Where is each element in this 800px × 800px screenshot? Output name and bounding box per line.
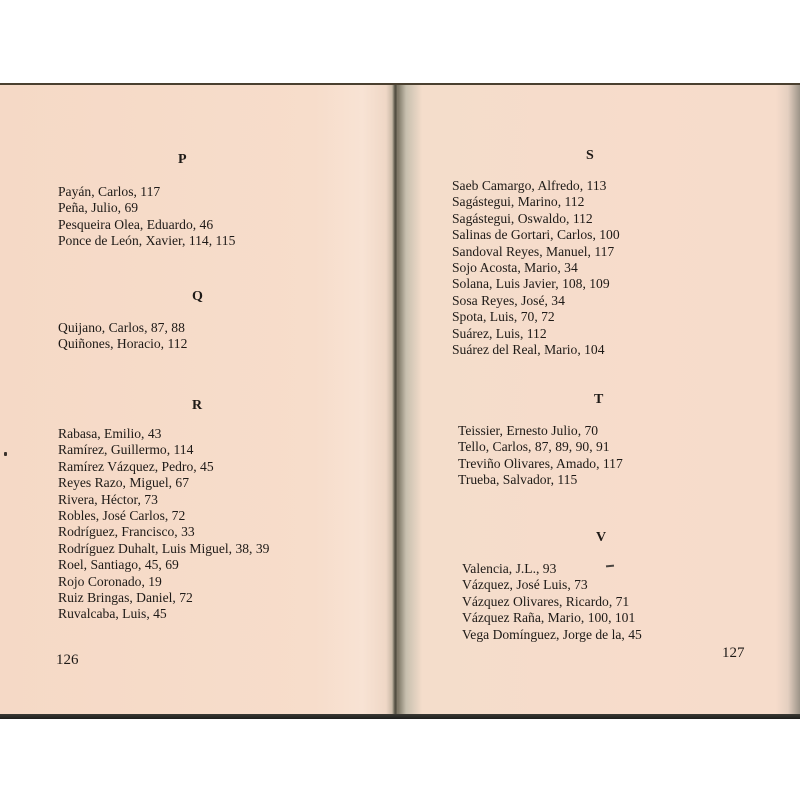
index-entry: Rojo Coronado, 19 — [58, 574, 269, 590]
section-p-entries: Payán, Carlos, 117 Peña, Julio, 69 Pesqu… — [58, 184, 235, 250]
right-page: S Saeb Camargo, Alfredo, 113 Sagástegui,… — [398, 85, 800, 715]
index-entry: Ramírez Vázquez, Pedro, 45 — [58, 459, 269, 475]
index-entry: Sandoval Reyes, Manuel, 117 — [452, 244, 620, 260]
index-entry: Ramírez, Guillermo, 114 — [58, 442, 269, 458]
index-entry: Solana, Luis Javier, 108, 109 — [452, 276, 620, 292]
index-entry: Vega Domínguez, Jorge de la, 45 — [462, 627, 642, 643]
index-entry: Sagástegui, Marino, 112 — [452, 194, 620, 210]
index-entry: Peña, Julio, 69 — [58, 200, 235, 216]
section-letter-q: Q — [192, 290, 203, 304]
index-entry: Ponce de León, Xavier, 114, 115 — [58, 233, 235, 249]
index-entry: Vázquez Raña, Mario, 100, 101 — [462, 610, 642, 626]
index-entry: Payán, Carlos, 117 — [58, 184, 235, 200]
index-entry: Quijano, Carlos, 87, 88 — [58, 320, 187, 336]
section-letter-t: T — [594, 393, 603, 407]
index-entry: Valencia, J.L., 93 — [462, 561, 642, 577]
index-entry: Tello, Carlos, 87, 89, 90, 91 — [458, 439, 623, 455]
section-s-entries: Saeb Camargo, Alfredo, 113 Sagástegui, M… — [452, 178, 620, 358]
section-r-entries: Rabasa, Emilio, 43 Ramírez, Guillermo, 1… — [58, 426, 269, 623]
index-entry: Suárez, Luis, 112 — [452, 326, 620, 342]
index-entry: Sagástegui, Oswaldo, 112 — [452, 211, 620, 227]
index-entry: Rodríguez, Francisco, 33 — [58, 524, 269, 540]
index-entry: Sojo Acosta, Mario, 34 — [452, 260, 620, 276]
section-t-entries: Teissier, Ernesto Julio, 70 Tello, Carlo… — [458, 423, 623, 489]
index-entry: Spota, Luis, 70, 72 — [452, 309, 620, 325]
page-number-left: 126 — [56, 653, 79, 668]
index-entry: Robles, José Carlos, 72 — [58, 508, 269, 524]
index-entry: Rodríguez Duhalt, Luis Miguel, 38, 39 — [58, 541, 269, 557]
page-number-right: 127 — [722, 646, 745, 661]
index-entry: Ruvalcaba, Luis, 45 — [58, 606, 269, 622]
index-entry: Ruiz Bringas, Daniel, 72 — [58, 590, 269, 606]
index-entry: Reyes Razo, Miguel, 67 — [58, 475, 269, 491]
index-entry: Rabasa, Emilio, 43 — [58, 426, 269, 442]
index-entry: Salinas de Gortari, Carlos, 100 — [452, 227, 620, 243]
index-entry: Roel, Santiago, 45, 69 — [58, 557, 269, 573]
section-letter-v: V — [596, 531, 606, 545]
section-v-entries: Valencia, J.L., 93 Vázquez, José Luis, 7… — [462, 561, 642, 643]
section-letter-r: R — [192, 399, 202, 413]
index-entry: Trueba, Salvador, 115 — [458, 472, 623, 488]
book-spread: P Payán, Carlos, 117 Peña, Julio, 69 Pes… — [0, 83, 800, 715]
section-letter-p: P — [178, 153, 187, 167]
section-letter-s: S — [586, 149, 594, 163]
index-entry: Vázquez, José Luis, 73 — [462, 577, 642, 593]
index-entry: Rivera, Héctor, 73 — [58, 492, 269, 508]
paper-speck — [4, 452, 7, 456]
index-entry: Sosa Reyes, José, 34 — [452, 293, 620, 309]
index-entry: Pesqueira Olea, Eduardo, 46 — [58, 217, 235, 233]
index-entry: Vázquez Olivares, Ricardo, 71 — [462, 594, 642, 610]
index-entry: Teissier, Ernesto Julio, 70 — [458, 423, 623, 439]
index-entry: Quiñones, Horacio, 112 — [58, 336, 187, 352]
section-q-entries: Quijano, Carlos, 87, 88 Quiñones, Horaci… — [58, 320, 187, 353]
index-entry: Saeb Camargo, Alfredo, 113 — [452, 178, 620, 194]
index-entry: Suárez del Real, Mario, 104 — [452, 342, 620, 358]
index-entry: Treviño Olivares, Amado, 117 — [458, 456, 623, 472]
left-page: P Payán, Carlos, 117 Peña, Julio, 69 Pes… — [0, 85, 394, 715]
